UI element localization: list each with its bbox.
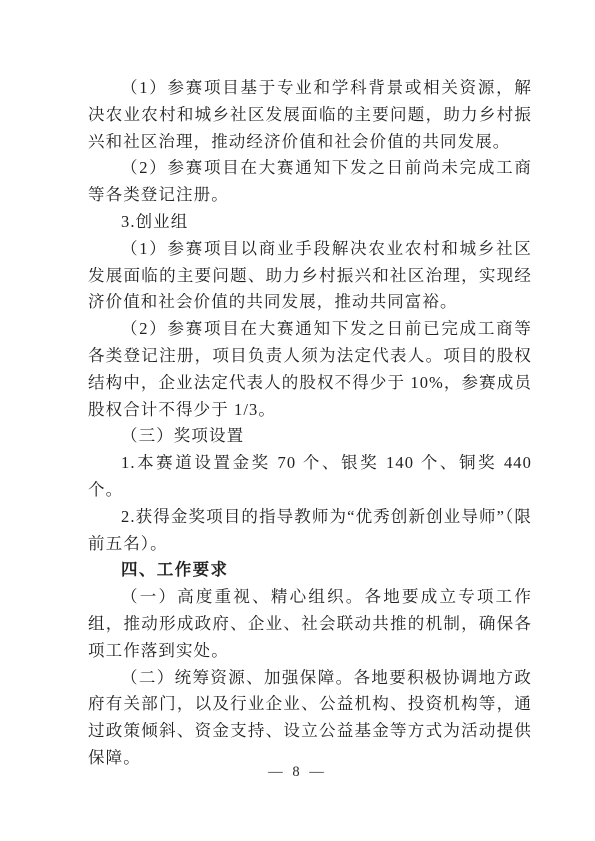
paragraph: 1.本赛道设置金奖 70 个、银奖 140 个、铜奖 440 个。 [88,450,532,504]
paragraph: （一）高度重视、精心组织。各地要成立专项工作组，推动形成政府、企业、社会联动共推… [88,584,532,664]
paragraph: （2）参赛项目在大赛通知下发之日前尚未完成工商等各类登记注册。 [88,155,532,209]
paragraph: （1）参赛项目以商业手段解决农业农村和城乡社区发展面临的主要问题、助力乡村振兴和… [88,236,532,316]
section-heading: 四、工作要求 [88,557,532,584]
paragraph: （三）奖项设置 [88,423,532,450]
paragraph: 2.获得金奖项目的指导教师为“优秀创新创业导师”（限前五名）。 [88,504,532,558]
paragraph: 3.创业组 [88,209,532,236]
document-page: （1）参赛项目基于专业和学科背景或相关资源，解决农业农村和城乡社区发展面临的主要… [0,0,595,841]
page-number: — 8 — [0,762,595,782]
paragraph: （2）参赛项目在大赛通知下发之日前已完成工商等各类登记注册，项目负责人须为法定代… [88,316,532,423]
paragraph: （二）统筹资源、加强保障。各地要积极协调地方政府有关部门，以及行业企业、公益机构… [88,665,532,772]
paragraph: （1）参赛项目基于专业和学科背景或相关资源，解决农业农村和城乡社区发展面临的主要… [88,75,532,155]
body-text: （1）参赛项目基于专业和学科背景或相关资源，解决农业农村和城乡社区发展面临的主要… [88,75,532,772]
